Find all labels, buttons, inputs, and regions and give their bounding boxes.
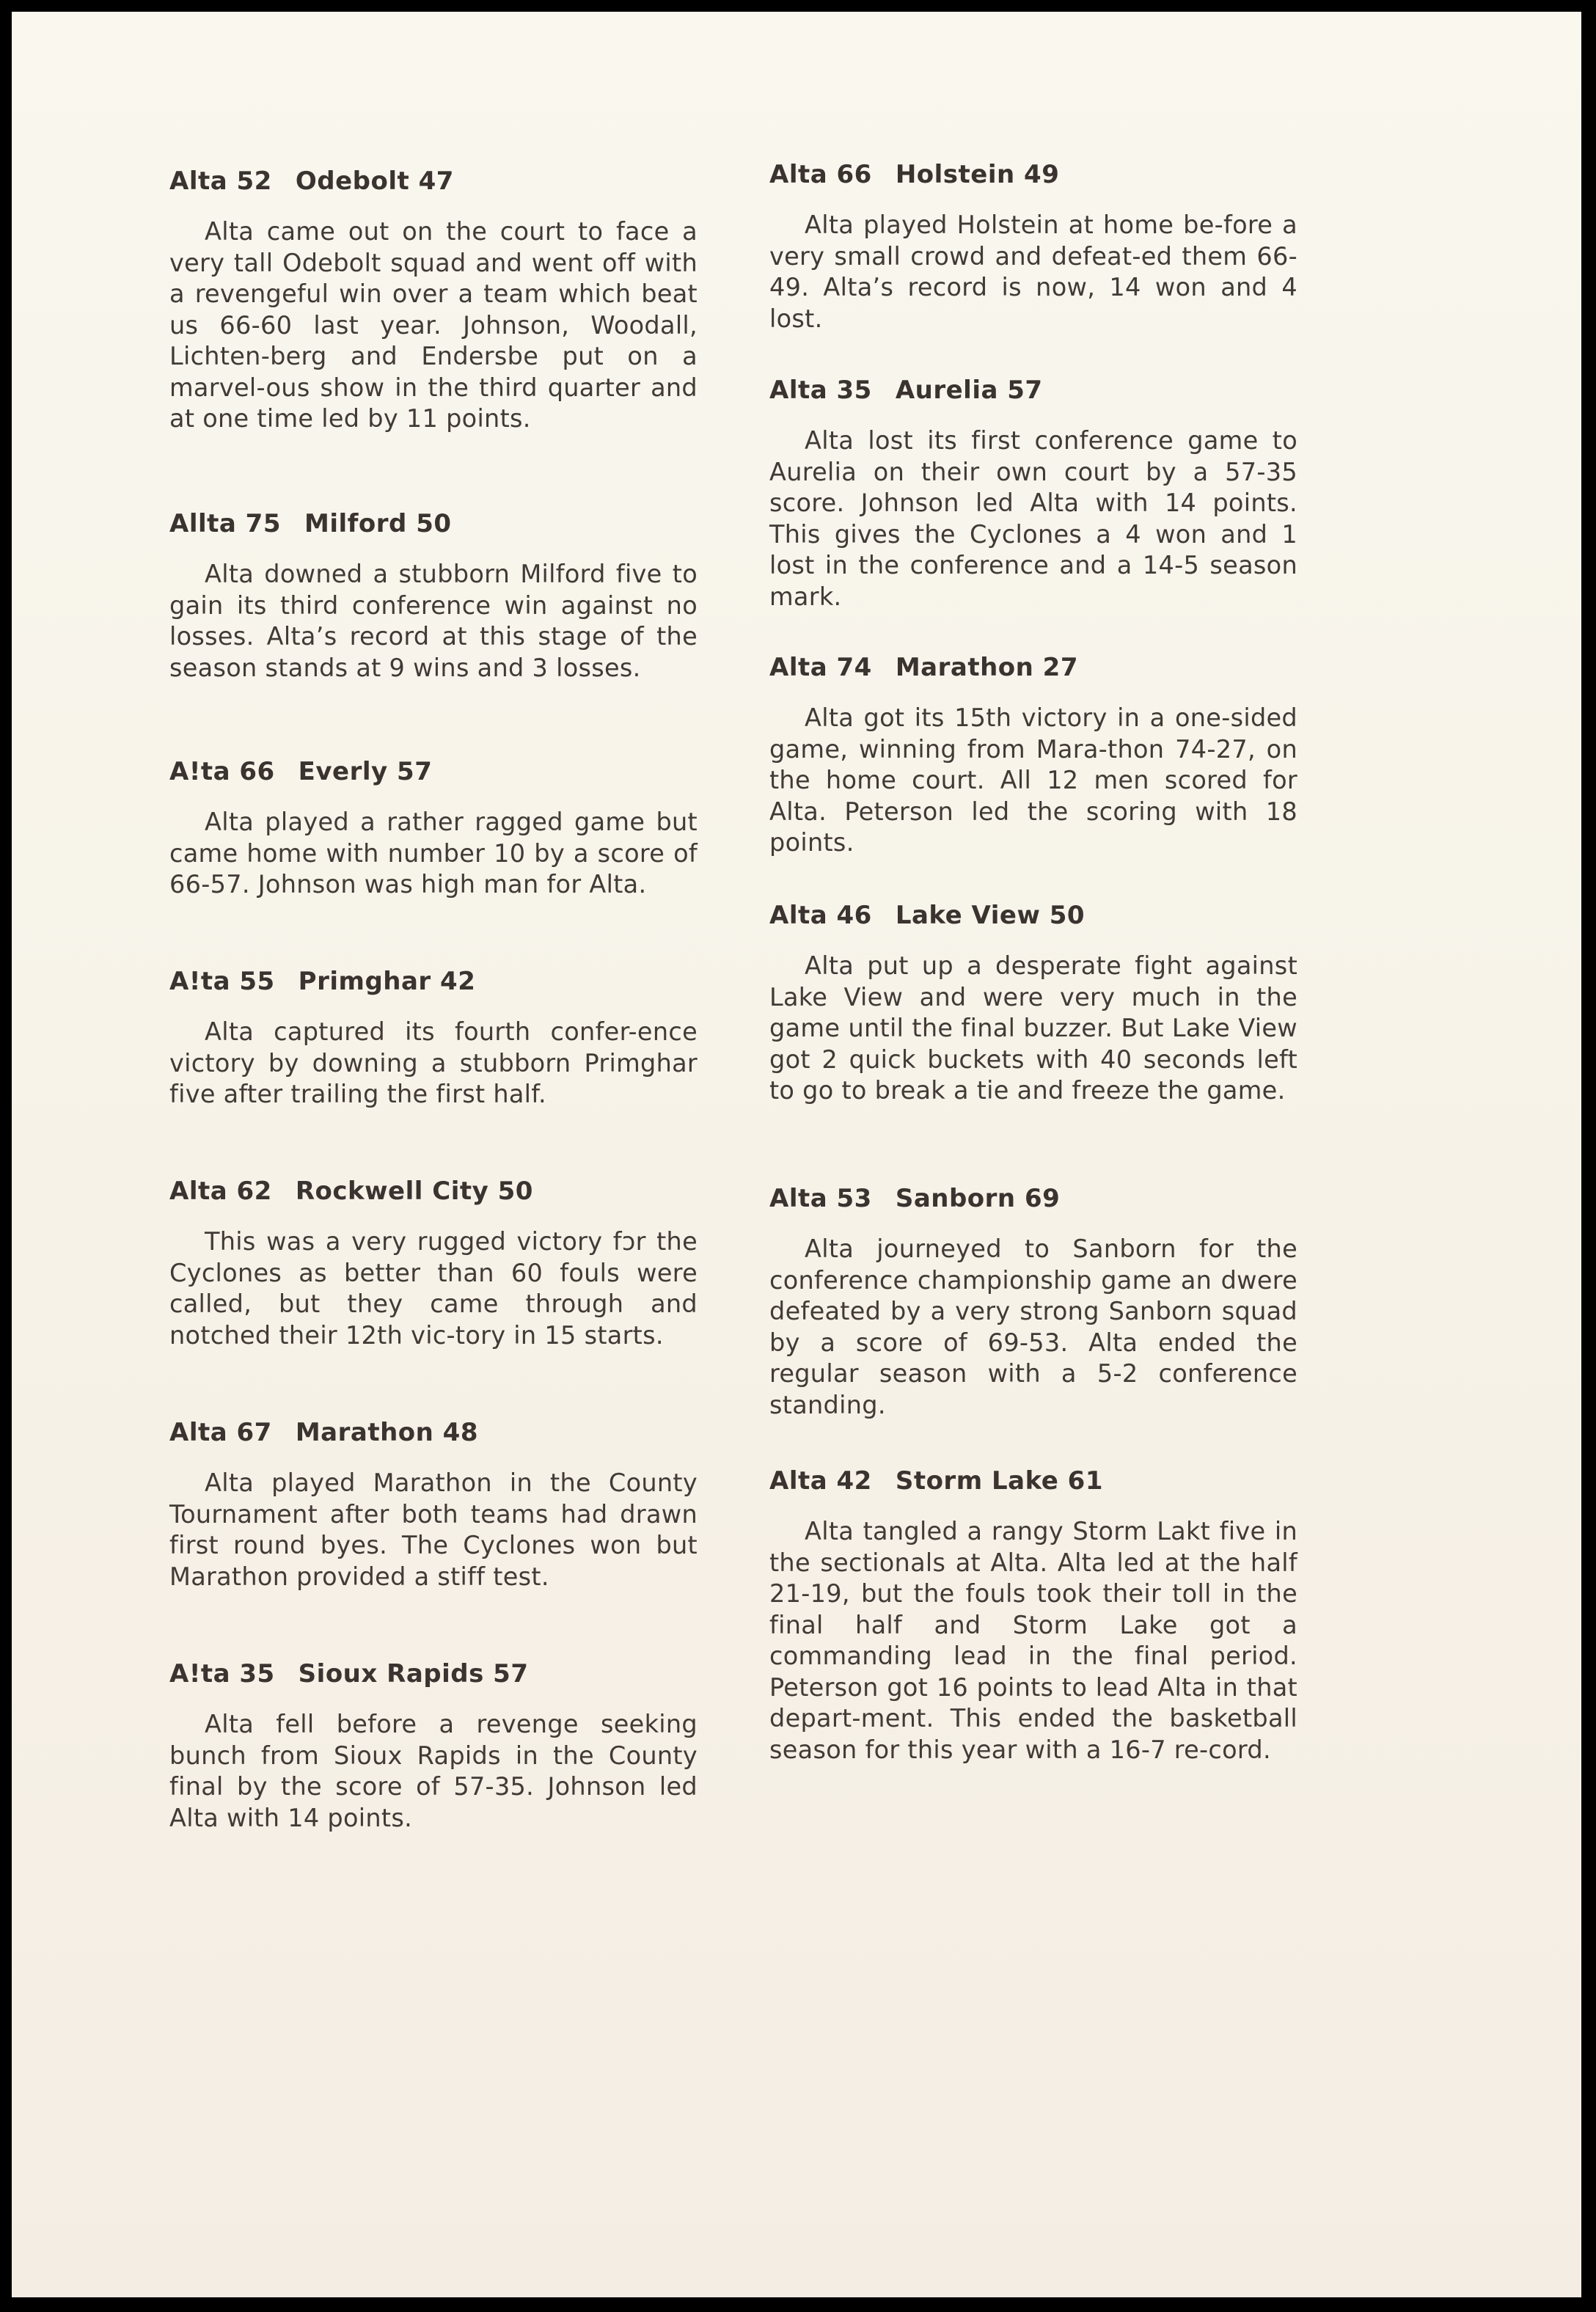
alta-score: Alta 66 [769,160,872,189]
game-recap: Allta 75Milford 50 Alta downed a stubbor… [169,509,698,684]
alta-score: A!ta 35 [169,1659,275,1689]
game-summary: Alta got its 15th victory in a one-sided… [769,703,1297,859]
game-score-heading: Alta 42Storm Lake 61 [769,1466,1297,1496]
game-summary: Alta put up a desperate fight against La… [769,951,1297,1107]
opponent-score: Primghar 42 [299,967,476,996]
opponent-score: Marathon 48 [296,1418,478,1447]
game-recap: Alta 74Marathon 27 Alta got its 15th vic… [769,653,1297,859]
game-score-heading: Alta 74Marathon 27 [769,653,1297,682]
opponent-score: Sioux Rapids 57 [299,1659,529,1689]
game-recap: A!ta 35Sioux Rapids 57 Alta fell before … [169,1659,698,1834]
alta-score: Alta 35 [769,376,872,405]
alta-score: Alta 46 [769,901,872,930]
game-score-heading: A!ta 66Everly 57 [169,757,698,786]
game-summary: Alta played Holstein at home be-fore a v… [769,210,1297,334]
game-summary: Alta lost its first conference game to A… [769,425,1297,612]
yearbook-page: Alta 52Odebolt 47 Alta came out on the c… [12,12,1581,2297]
game-summary: Alta captured its fourth confer-ence vic… [169,1017,698,1111]
game-score-heading: A!ta 55Primghar 42 [169,967,698,996]
alta-score: Alta 67 [169,1418,272,1447]
game-score-heading: Alta 67Marathon 48 [169,1418,698,1447]
game-score-heading: Alta 53Sanborn 69 [769,1184,1297,1213]
game-score-heading: Alta 66Holstein 49 [769,160,1297,189]
opponent-score: Odebolt 47 [296,167,454,196]
game-recap: Alta 42Storm Lake 61 Alta tangled a rang… [769,1466,1297,1766]
game-recap: A!ta 66Everly 57 Alta played a rather ra… [169,757,698,901]
alta-score: Alta 52 [169,167,272,196]
game-recap: A!ta 55Primghar 42 Alta captured its fou… [169,967,698,1111]
opponent-score: Storm Lake 61 [896,1466,1103,1496]
alta-score: Alta 62 [169,1177,272,1206]
game-recap: Alta 35Aurelia 57 Alta lost its first co… [769,376,1297,612]
game-score-heading: Alta 52Odebolt 47 [169,167,698,196]
alta-score: A!ta 66 [169,757,275,786]
game-score-heading: Alta 62Rockwell City 50 [169,1177,698,1206]
game-score-heading: Alta 46Lake View 50 [769,901,1297,930]
alta-score: Alta 53 [769,1184,872,1213]
opponent-score: Holstein 49 [896,160,1060,189]
game-recap: Alta 66Holstein 49 Alta played Holstein … [769,160,1297,334]
opponent-score: Milford 50 [304,509,452,538]
game-summary: Alta downed a stubborn Milford five to g… [169,559,698,684]
game-summary: Alta came out on the court to face a ver… [169,216,698,435]
game-recap: Alta 52Odebolt 47 Alta came out on the c… [169,167,698,435]
game-score-heading: Allta 75Milford 50 [169,509,698,538]
game-summary: This was a very rugged victory fɔr the C… [169,1226,698,1351]
opponent-score: Marathon 27 [896,653,1078,682]
opponent-score: Sanborn 69 [896,1184,1060,1213]
game-recap: Alta 53Sanborn 69 Alta journeyed to Sanb… [769,1184,1297,1421]
game-recap: Alta 67Marathon 48 Alta played Marathon … [169,1418,698,1592]
opponent-score: Rockwell City 50 [296,1177,533,1206]
alta-score: Allta 75 [169,509,281,538]
game-recap: Alta 62Rockwell City 50 This was a very … [169,1177,698,1351]
opponent-score: Lake View 50 [896,901,1085,930]
game-summary: Alta played Marathon in the County Tourn… [169,1468,698,1592]
game-summary: Alta journeyed to Sanborn for the confer… [769,1234,1297,1421]
game-summary: Alta fell before a revenge seeking bunch… [169,1709,698,1834]
alta-score: Alta 74 [769,653,872,682]
opponent-score: Everly 57 [299,757,433,786]
alta-score: A!ta 55 [169,967,275,996]
game-score-heading: Alta 35Aurelia 57 [769,376,1297,405]
game-recap: Alta 46Lake View 50 Alta put up a desper… [769,901,1297,1107]
game-score-heading: A!ta 35Sioux Rapids 57 [169,1659,698,1689]
game-summary: Alta played a rather ragged game but cam… [169,807,698,901]
alta-score: Alta 42 [769,1466,872,1496]
opponent-score: Aurelia 57 [896,376,1043,405]
game-summary: Alta tangled a rangy Storm Lakt five in … [769,1516,1297,1766]
